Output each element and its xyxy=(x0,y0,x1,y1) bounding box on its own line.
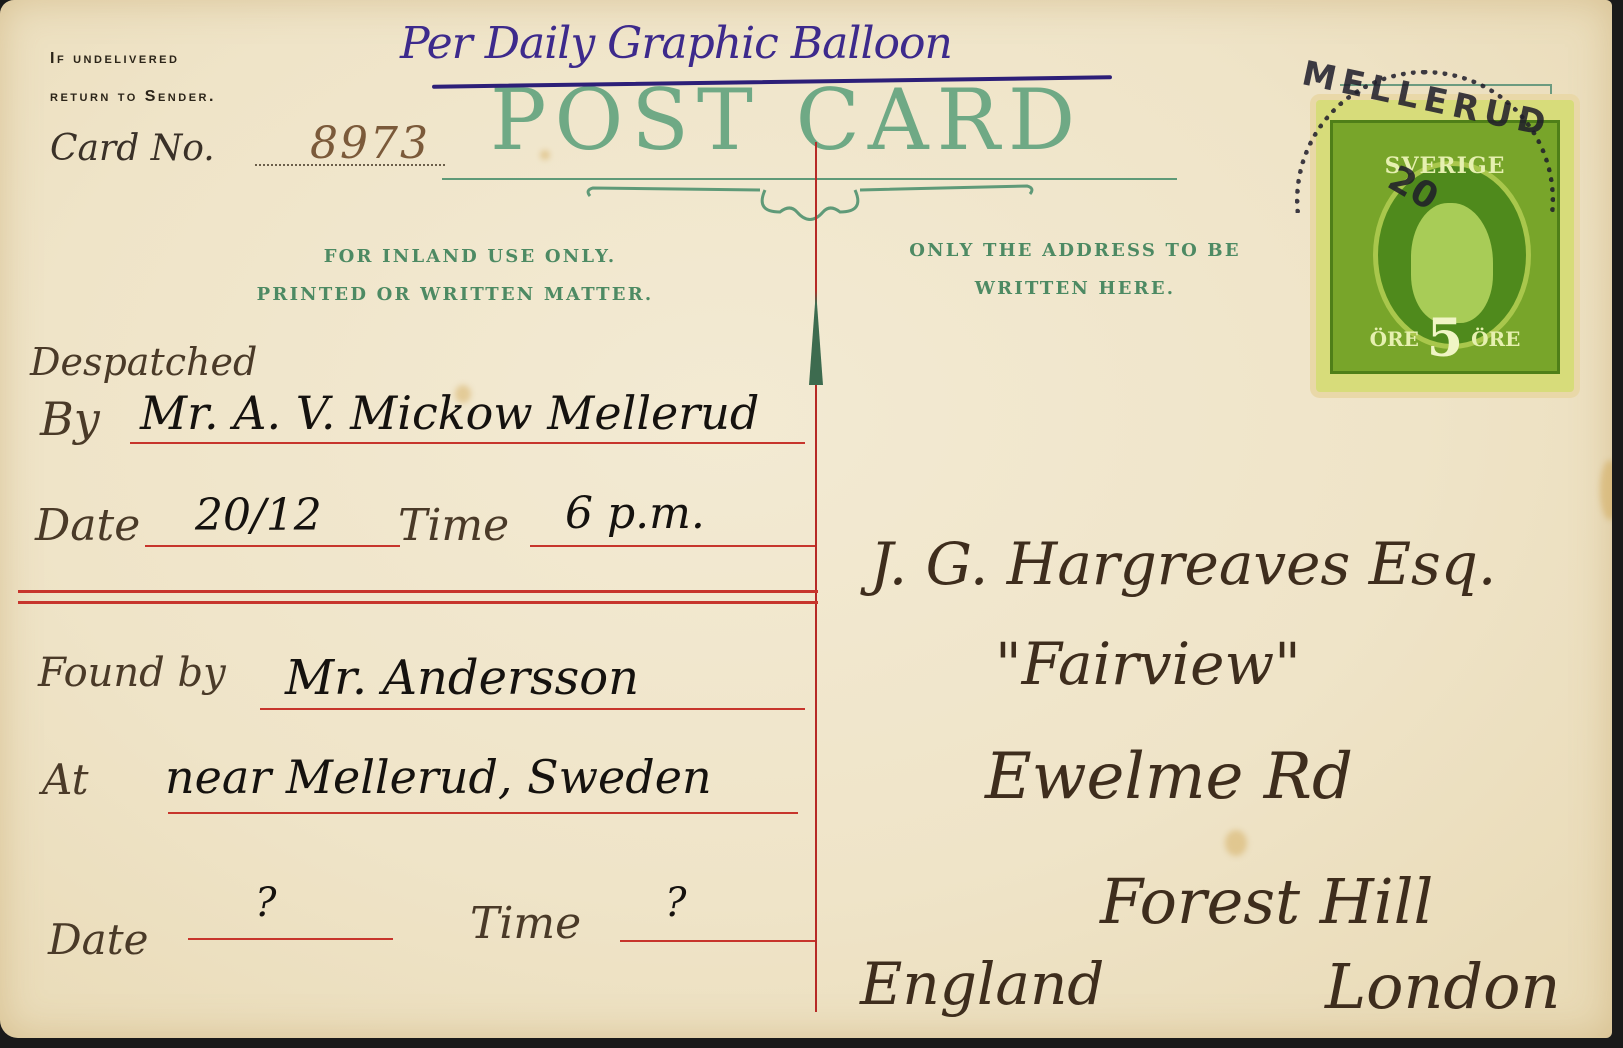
balloon-annotation: Per Daily Graphic Balloon xyxy=(400,18,952,69)
date-label: Date xyxy=(35,500,140,551)
card-number-value: 8973 xyxy=(310,118,430,169)
found-by-value: Mr. Andersson xyxy=(285,650,639,706)
found-by-label: Found by xyxy=(38,650,226,696)
at-rule xyxy=(168,812,798,814)
found-time-label: Time xyxy=(470,898,581,949)
found-date-rule xyxy=(188,938,393,940)
center-divider xyxy=(815,142,817,1012)
found-date-label: Date xyxy=(48,915,148,964)
instruction-address-only: ONLY THE ADDRESS TO BE xyxy=(870,240,1280,261)
return-notice-line-1: If undelivered xyxy=(50,50,179,68)
time-label: Time xyxy=(398,500,509,551)
recipient-city: London xyxy=(1325,950,1560,1023)
section-divider-1 xyxy=(18,590,818,593)
found-date-value: ? xyxy=(255,880,276,926)
recipient-district: Forest Hill xyxy=(1100,865,1433,938)
recipient-house: "Fairview" xyxy=(995,630,1301,698)
title-rule xyxy=(442,178,1177,180)
recipient-country: England xyxy=(860,950,1104,1018)
at-value: near Mellerud, Sweden xyxy=(165,750,712,804)
despatched-label: Despatched xyxy=(30,340,257,384)
found-time-value: ? xyxy=(665,880,686,926)
instruction-inland-use: FOR INLAND USE ONLY. xyxy=(270,246,670,267)
section-divider-2 xyxy=(18,601,818,604)
found-time-rule xyxy=(620,940,815,942)
recipient-name: J. G. Hargreaves Esq. xyxy=(870,530,1496,598)
date-value: 20/12 xyxy=(195,490,322,541)
card-number-label: Card No. xyxy=(50,128,215,169)
stamp-unit-left: ÖRE xyxy=(1370,327,1419,351)
return-notice-line-2: return to Sender. xyxy=(50,88,216,106)
time-rule xyxy=(530,545,815,547)
ornament-scroll-icon xyxy=(585,182,1035,232)
divider-taper xyxy=(809,290,823,385)
at-label: At xyxy=(42,755,88,804)
stamp-unit-right: ÖRE xyxy=(1471,327,1520,351)
instruction-written-here: WRITTEN HERE. xyxy=(870,278,1280,299)
recipient-street: Ewelme Rd xyxy=(985,740,1353,814)
post-card-title: POST CARD xyxy=(490,78,1083,162)
by-value: Mr. A. V. Mickow Mellerud xyxy=(140,386,759,440)
stain xyxy=(1225,830,1247,856)
instruction-printed-matter: PRINTED OR WRITTEN MATTER. xyxy=(210,284,700,305)
stamp-denomination: ÖRE5ÖRE xyxy=(1333,308,1557,369)
king-portrait-icon xyxy=(1411,203,1493,323)
stamp-value: 5 xyxy=(1427,308,1463,369)
stain xyxy=(1600,460,1612,520)
found-by-rule xyxy=(260,708,805,710)
date-rule xyxy=(145,545,400,547)
time-value: 6 p.m. xyxy=(565,488,705,539)
by-label: By xyxy=(40,392,100,446)
postcard-back: If undelivered return to Sender. Card No… xyxy=(0,0,1612,1038)
by-rule xyxy=(130,442,805,444)
